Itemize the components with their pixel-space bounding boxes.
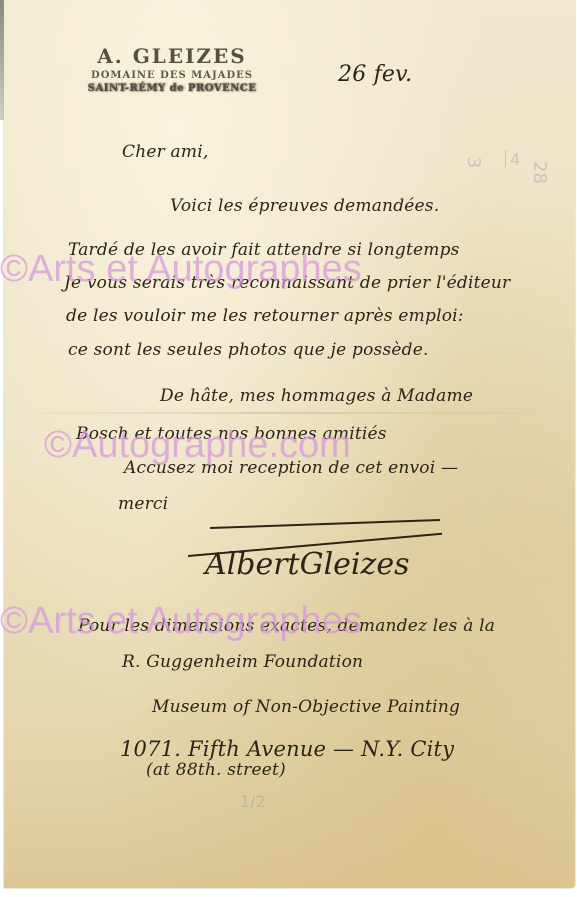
body-line: Voici les épreuves demandées. <box>170 196 439 216</box>
letterhead-name: A. GLEIZES <box>52 44 292 68</box>
body-line: de les vouloir me les retourner après em… <box>66 306 464 326</box>
watermark: ©Arts et Autographes <box>0 248 362 291</box>
postscript-line: Museum of Non-Objective Painting <box>152 697 460 717</box>
postscript-line: (at 88th. street) <box>146 760 286 780</box>
watermark: ©Arts et Autographes <box>0 600 362 643</box>
pencil-note: 3 <box>463 157 484 168</box>
pencil-note: 4 <box>505 150 520 169</box>
postscript-line: R. Guggenheim Foundation <box>122 652 363 672</box>
letterhead-town: SAINT-RÉMY de PROVENCE <box>52 83 292 94</box>
salutation: Cher ami, <box>122 142 208 162</box>
watermark: ©Autographe.com <box>44 424 351 467</box>
body-line: ce sont les seules photos que je possède… <box>68 340 429 360</box>
letter-date: 26 fev. <box>338 62 412 87</box>
pencil-note: 1/2 <box>240 792 266 811</box>
paper-fold <box>4 412 575 414</box>
postscript-line: 1071. Fifth Avenue — N.Y. City <box>120 737 454 761</box>
letterhead-domain: DOMAINE DES MAJADES <box>52 70 292 81</box>
body-line: De hâte, mes hommages à Madame <box>160 386 473 406</box>
letterhead-stamp: A. GLEIZES DOMAINE DES MAJADES SAINT-RÉM… <box>52 44 292 94</box>
pencil-note: 28 <box>529 161 550 184</box>
body-line: merci <box>118 494 168 514</box>
